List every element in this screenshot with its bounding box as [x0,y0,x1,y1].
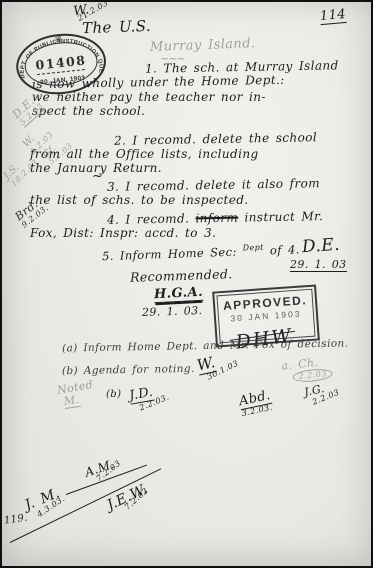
recommended-date: 29. 1. 03. [142,304,203,319]
crown-icon: ♛ [54,35,63,46]
oval-stamp-number: 01408 [35,52,87,72]
direction-b: (b) Agenda for noting. [62,363,195,377]
para5-post: of 4. [264,242,300,257]
jm-signature: J. M. 4.3.03. [23,486,65,521]
para1-line4: spect the school. [32,104,145,118]
jew-signature: J.E.W. 7.2.03 [105,482,153,521]
direction-a: (a) Inform Home Dept. and Mr. Fox of dec… [62,338,349,355]
jd-signature: J.D. 2.2.03. [128,384,163,412]
noted-scrawl: M. [63,393,80,409]
page-number: 114 [319,7,346,25]
para3-line1: 3. I recomd. delete it also from [107,176,320,194]
de-signature: D.E. [301,235,340,258]
recommended-label: Recommended. [130,266,233,285]
para4-line2: Fox, Dist: Inspr: accd. to 3. [30,226,216,240]
para2-line1: 2. I recomd. delete the school [114,130,317,148]
para3-line2: the list of schs. to be inspected. [30,193,249,207]
b-label: (b) [106,389,121,400]
ref-number: 119. [3,512,28,526]
ach-pencil-signature: a. Ch. 2.2.03 [281,355,334,384]
para5-line: 5. Inform Home Sec: Dept of 4. [102,242,300,264]
jg-signature: J.G. 2.2.03 [303,381,335,406]
ink-curl-mark: ~ [92,169,103,184]
abd-signature: Abd. 3.2.03. [238,389,274,418]
para2-line2: from all the Office lists, including [30,147,259,161]
scanned-document-photo: W. 21.2.03 The U.S. 114 Murray Island. ~… [0,0,373,568]
w-signature: W. 30.1.03 [196,352,235,384]
para4-pre: 4. I recomd. [107,211,196,227]
para1-line2: is now wholly under the Home Dept.: [32,73,285,91]
para4-struck-word: inform [195,211,238,226]
para5-superscript: Dept [243,243,264,253]
para4-post: instruct Mr. [238,209,323,224]
recommended-signature: H.G.A. [154,285,204,304]
para1-line3: we neither pay the teacher nor in- [32,90,266,104]
para4-line1: 4. I recomd. inform instruct Mr. [107,209,323,227]
para5-pre: 5. Inform Home Sec: [102,244,243,263]
de-signature-date: 29. 1. 03 [290,258,347,272]
am-signature: A.M. 7.2.03 [83,458,118,487]
